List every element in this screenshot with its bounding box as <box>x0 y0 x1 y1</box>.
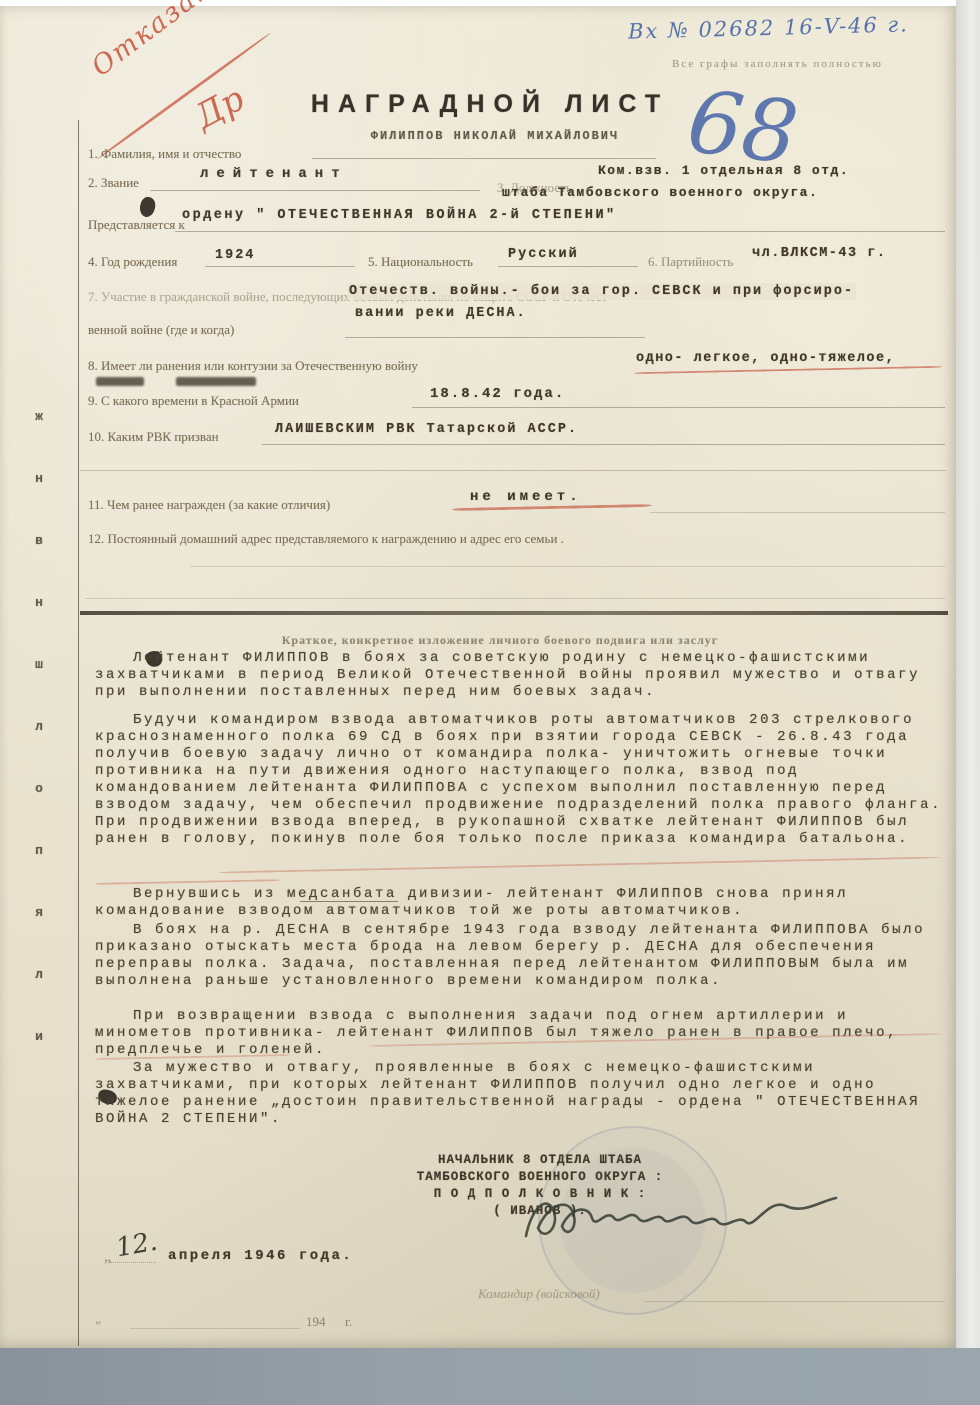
footer-g: г. <box>345 1314 352 1330</box>
footer-quote: „ <box>95 1312 101 1328</box>
handwritten-signature <box>518 1178 858 1258</box>
present-value: ордену " ОТЕЧЕСТВЕННАЯ ВОЙНА 2-й СТЕПЕНИ… <box>182 208 617 223</box>
field4-value: 1924 <box>215 248 255 263</box>
field9-label: 9. С какого времени в Красной Армии <box>88 393 299 409</box>
field7-value-line1: Отечеств. войны.- бои за гор. СЕВСК и пр… <box>347 283 856 300</box>
narrative-paragraph-6: За мужество и отвагу, проявленные в боях… <box>95 1060 947 1128</box>
field1-line <box>312 158 656 159</box>
field2-value: лейтенант <box>200 166 348 182</box>
field7-value-line2: вании реки ДЕСНА. <box>355 306 527 321</box>
field1-label: 1. Фамилия, имя и отчество <box>88 146 241 162</box>
commander-label: Командир (войсковой) <box>478 1286 600 1302</box>
field4-label: 4. Год рождения <box>88 254 177 270</box>
form-border-line <box>78 120 79 1346</box>
field6-value: чл.ВЛКСМ-43 г. <box>752 246 886 261</box>
field5-value: Русский <box>508 247 579 262</box>
overstrike-mark-2 <box>176 377 256 386</box>
date-open-quote: „ <box>104 1248 111 1266</box>
field5-line <box>498 266 638 267</box>
page-title: НАГРАДНОЙ ЛИСТ <box>280 90 700 119</box>
field9-value: 18.8.42 года. <box>430 386 565 402</box>
commander-line-rule <box>645 1301 945 1302</box>
scanner-edge-right <box>956 0 980 1348</box>
narrative-paragraph-4: В боях на р. ДЕСНА в сентябре 1943 года … <box>95 922 947 990</box>
narrative-underline-name <box>300 901 398 902</box>
field10-line <box>262 444 945 445</box>
field6-label: 6. Партийность <box>648 254 733 270</box>
field5-label: 5. Национальность <box>368 254 473 270</box>
margin-letters: ж н в н ш л о п я л и <box>30 386 48 1068</box>
scanner-edge-bottom <box>0 1348 980 1405</box>
section-title: Краткое, конкретное изложение личного бо… <box>170 633 830 648</box>
section-divider <box>80 611 948 615</box>
field3-value-line1: Ком.взв. 1 отдельная 8 отд. <box>598 163 849 178</box>
field11-value: не имеет. <box>470 489 582 505</box>
present-line <box>175 231 945 232</box>
field11-line <box>650 512 945 513</box>
field8-label: 8. Имеет ли ранения или контузии за Отеч… <box>88 358 418 374</box>
date-typed: апреля 1946 года. <box>168 1248 353 1264</box>
field12-line2 <box>85 598 945 599</box>
field4-line <box>205 266 355 267</box>
field10-label: 10. Каким РВК призван <box>88 429 219 445</box>
awardee-name: ФИЛИППОВ НИКОЛАЙ МИХАЙЛОВИЧ <box>300 129 690 143</box>
field9-line <box>412 407 945 408</box>
narrative-paragraph-3: Вернувшись из медсанбата дивизии- лейтен… <box>95 886 947 920</box>
narrative-paragraph-2: Будучи командиром взвода автоматчиков ро… <box>95 712 947 848</box>
field12-label: 12. Постоянный домашний адрес представля… <box>88 531 940 547</box>
mid-separator <box>80 470 946 471</box>
date-dots <box>110 1262 156 1263</box>
narrative-paragraph-1: Лейтенант ФИЛИППОВ в боях за советскую р… <box>95 650 947 701</box>
field8-value: одно- легкое, одно-тяжелое, <box>636 351 895 366</box>
present-label: Представляется к <box>88 217 185 233</box>
footer-year: 194 <box>306 1314 326 1330</box>
overstrike-mark-1 <box>96 377 144 386</box>
field2-label: 2. Звание <box>88 175 139 191</box>
footer-blank-line <box>130 1328 300 1329</box>
field7-line <box>345 337 645 338</box>
field11-label: 11. Чем ранее награжден (за какие отличи… <box>88 497 330 513</box>
document-scan: ж н в н ш л о п я л и Вх № 02682 16-V-46… <box>0 0 980 1405</box>
narrative-paragraph-5: При возвращении взвода с выполнения зада… <box>95 1008 947 1059</box>
field10-value: ЛАИШЕВСКИМ РВК Татарской АССР. <box>275 422 578 437</box>
signature-line-1: НАЧАЛЬНИК 8 ОТДЕЛА ШТАБА <box>360 1152 720 1169</box>
field7-label-line2: венной войне (где и когда) <box>88 322 234 338</box>
field3-value-line2: штаба Тамбовского военного округа. <box>502 185 818 200</box>
field2-line <box>150 190 480 191</box>
field12-line1 <box>190 566 945 567</box>
fill-instruction: Все графы заполнять полностью <box>672 58 883 70</box>
